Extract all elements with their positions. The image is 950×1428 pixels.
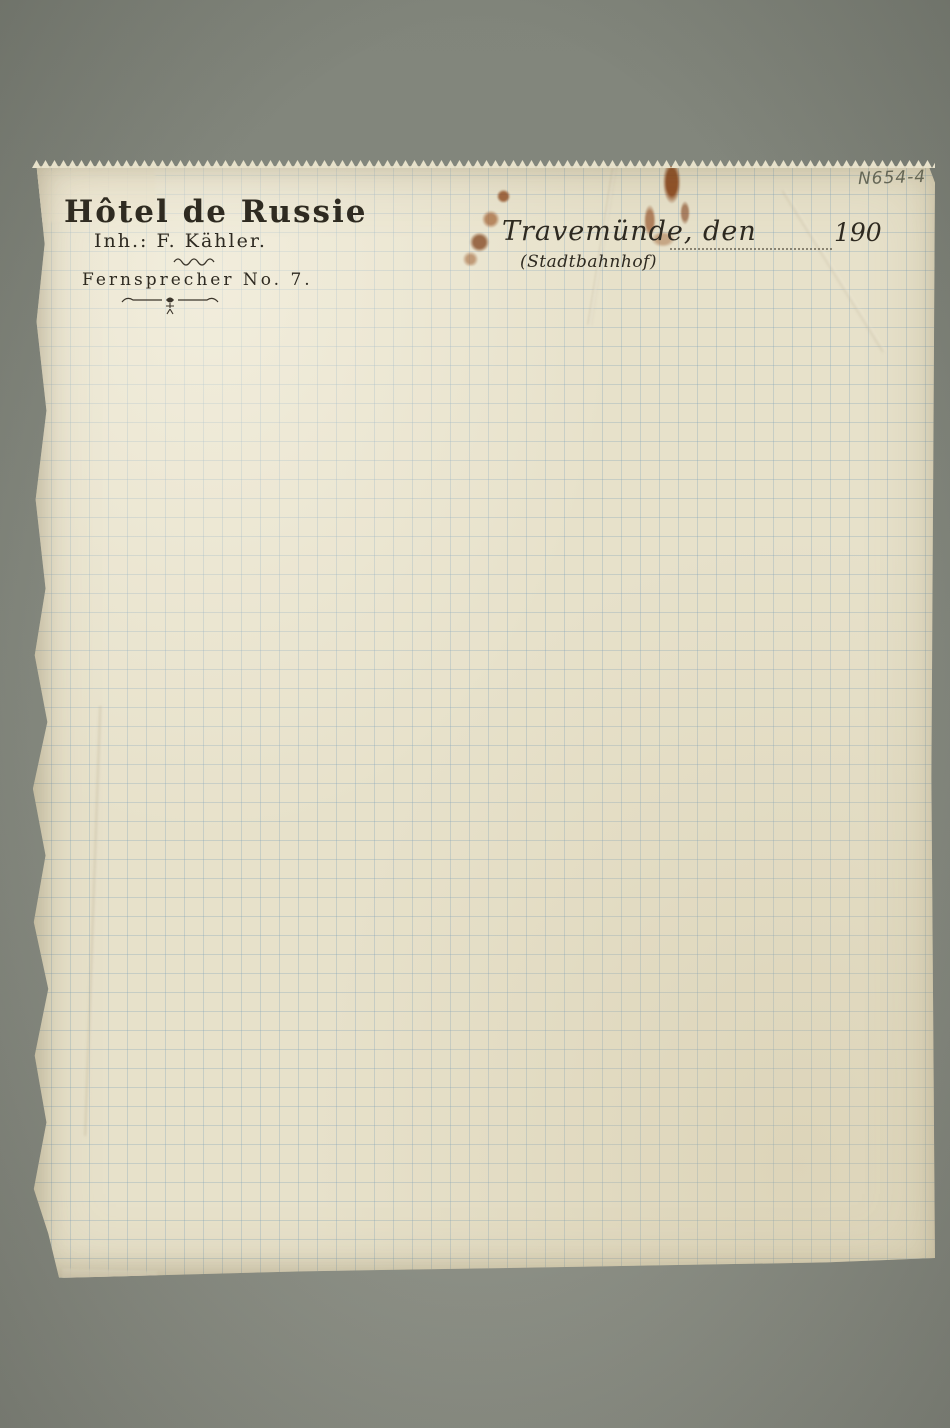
dateline-year: 190	[834, 218, 882, 247]
dateline-station: (Stadtbahnhof)	[520, 252, 657, 272]
proprietor-line: Inh.: F. Kähler.	[94, 230, 267, 252]
date-fill-line	[670, 248, 832, 250]
paper-crease	[782, 190, 885, 353]
paper-shading	[32, 166, 935, 1278]
wave-ornament-icon	[172, 256, 220, 266]
paper-tear-chip	[62, 1268, 158, 1287]
flourish-ornament-icon	[120, 294, 220, 320]
letter-paper: N654-4 Hôtel de Russie Inh.: F. Kähler. …	[32, 166, 935, 1278]
telephone-line: Fernsprecher No. 7.	[82, 270, 313, 290]
hotel-name: Hôtel de Russie	[64, 194, 367, 230]
paper-crease	[84, 706, 102, 1136]
archive-number: N654-4	[858, 167, 927, 189]
photo-backdrop: N654-4 Hôtel de Russie Inh.: F. Kähler. …	[0, 0, 950, 1428]
dateline-place: Travemünde, den	[502, 216, 757, 247]
torn-paper-edge	[32, 158, 935, 168]
